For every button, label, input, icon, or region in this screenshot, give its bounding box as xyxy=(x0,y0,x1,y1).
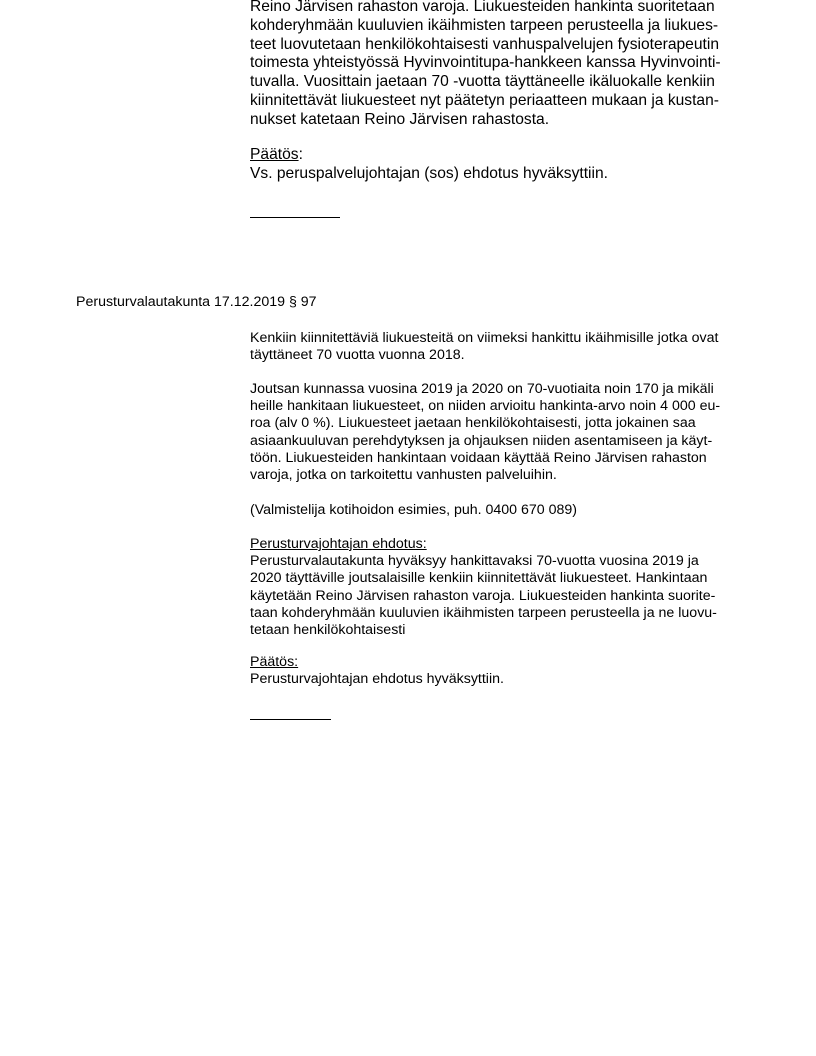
decision-label: Päätös: xyxy=(250,654,298,670)
decision-colon: : xyxy=(299,146,303,163)
text-line: teet luovutetaan henkilökohtaisesti vanh… xyxy=(250,36,740,55)
text-line: taan kohderyhmään kuuluvien ikäihmisten … xyxy=(250,605,740,622)
preparer-note: (Valmistelija kotihoidon esimies, puh. 0… xyxy=(250,502,740,519)
document-page: Reino Järvisen rahaston varoja. Liukuest… xyxy=(0,0,816,1056)
text-line: Reino Järvisen rahaston varoja. Liukuest… xyxy=(250,0,740,17)
text-line: Perusturvalautakunta hyväksyy hankittava… xyxy=(250,553,740,570)
decision-label: Päätös xyxy=(250,146,299,163)
top-paragraph: Reino Järvisen rahaston varoja. Liukuest… xyxy=(250,0,740,130)
proposal-label: Perusturvajohtajan ehdotus: xyxy=(250,536,427,552)
decision-heading: Päätös: xyxy=(250,146,740,165)
section-separator xyxy=(250,719,331,720)
decision-text: Vs. peruspalvelujohtajan (sos) ehdotus h… xyxy=(250,165,740,184)
text-line: Kenkiin kiinnitettäviä liukuesteitä on v… xyxy=(250,330,740,347)
proposal: Perusturvajohtajan ehdotus: Perusturvala… xyxy=(250,536,740,639)
preparer-text: (Valmistelija kotihoidon esimies, puh. 0… xyxy=(250,502,740,519)
text-line: varoja, jotka on tarkoitettu vanhusten p… xyxy=(250,467,740,484)
text-line: täyttäneet 70 vuotta vuonna 2018. xyxy=(250,347,740,364)
text-line: roa (alv 0 %). Liukuesteet jaetaan henki… xyxy=(250,415,740,432)
text-line: kohderyhmään kuuluvien ikäihmisten tarpe… xyxy=(250,17,740,36)
text-line: Joutsan kunnassa vuosina 2019 ja 2020 on… xyxy=(250,381,740,398)
text-line: nukset katetaan Reino Järvisen rahastost… xyxy=(250,111,740,130)
text-line: käytetään Reino Järvisen rahaston varoja… xyxy=(250,588,740,605)
paragraph-1: Kenkiin kiinnitettäviä liukuesteitä on v… xyxy=(250,330,740,364)
section-separator xyxy=(250,217,340,218)
top-decision: Päätös: Vs. peruspalvelujohtajan (sos) e… xyxy=(250,146,740,184)
text-line: tetaan henkilökohtaisesti xyxy=(250,622,740,639)
proposal-heading: Perusturvajohtajan ehdotus: xyxy=(250,536,740,553)
text-line: töön. Liukuesteiden hankintaan voidaan k… xyxy=(250,450,740,467)
text-line: tuvalla. Vuosittain jaetaan 70 -vuotta t… xyxy=(250,73,740,92)
text-line: asiaankuuluvan perehdytyksen ja ohjaukse… xyxy=(250,433,740,450)
decision-heading: Päätös: xyxy=(250,654,740,671)
text-line: toimesta yhteistyössä Hyvinvointitupa-ha… xyxy=(250,54,740,73)
decision-text: Perusturvajohtajan ehdotus hyväksyttiin. xyxy=(250,671,740,688)
main-decision: Päätös: Perusturvajohtajan ehdotus hyväk… xyxy=(250,654,740,688)
text-line: kiinnitettävät liukuesteet nyt päätetyn … xyxy=(250,92,740,111)
section-heading: Perusturvalautakunta 17.12.2019 § 97 xyxy=(76,294,317,311)
text-line: heille hankitaan liukuesteet, on niiden … xyxy=(250,398,740,415)
text-line: 2020 täyttäville joutsalaisille kenkiin … xyxy=(250,570,740,587)
paragraph-2: Joutsan kunnassa vuosina 2019 ja 2020 on… xyxy=(250,381,740,484)
